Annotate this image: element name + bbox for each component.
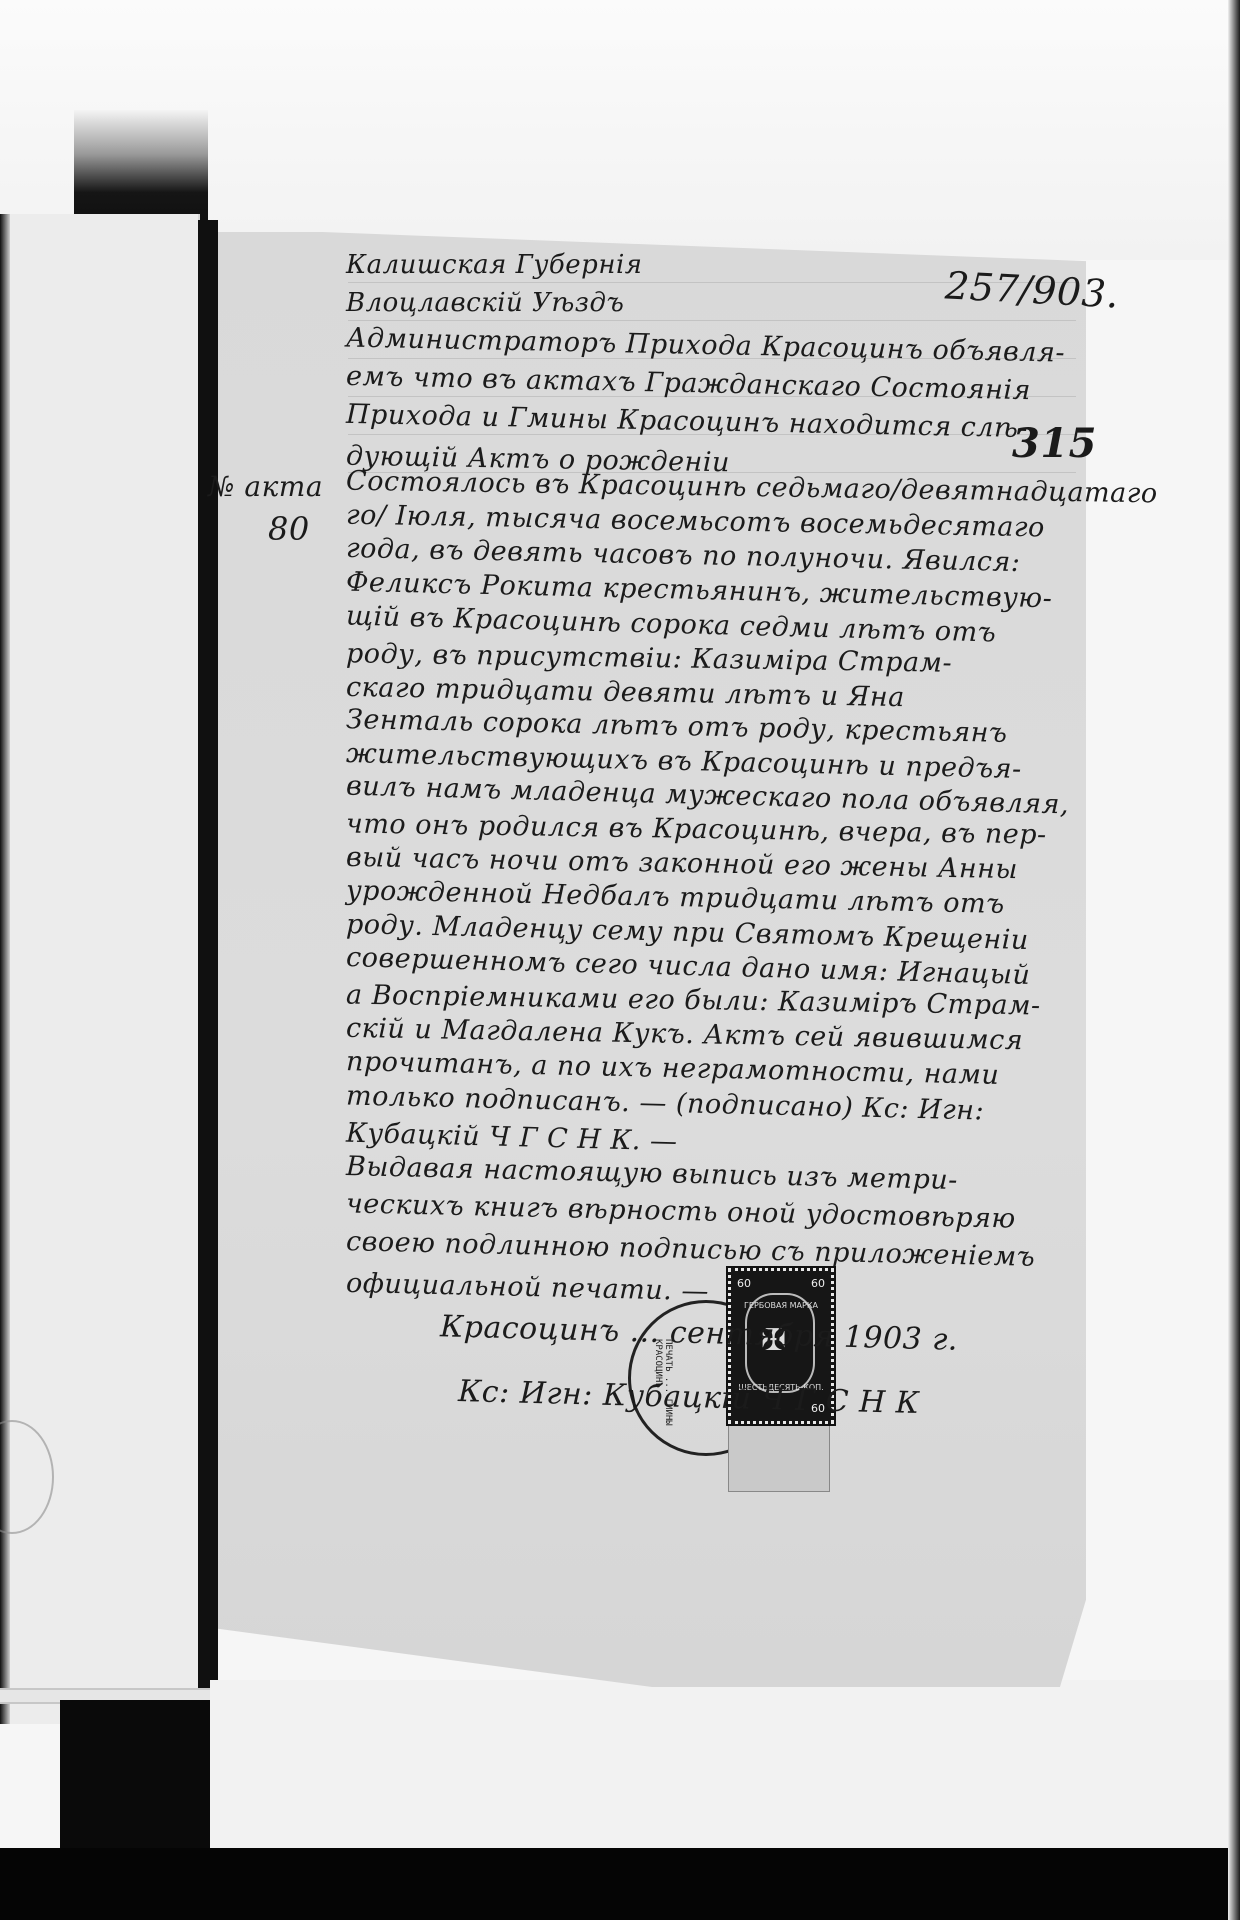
scan-border-bottom — [0, 1848, 1240, 1920]
stamp-denomination: 60 — [811, 1277, 825, 1290]
act-number-label: № акта — [208, 470, 323, 503]
scan-border-right — [1228, 0, 1240, 1920]
reference-number: 257/903. — [944, 263, 1120, 316]
province-header: Калишская Губернія — [346, 250, 642, 280]
stamp-legend: ГЕРБОВАЯ МАРКА — [731, 1301, 831, 1310]
revenue-stamp-tab — [728, 1420, 830, 1492]
stamp-denomination: 60 — [737, 1277, 751, 1290]
underlying-page — [210, 1680, 1240, 1854]
district-header: Влоцлавскій Уѣздъ — [346, 288, 624, 318]
stamp-mark-number: 315 — [1012, 420, 1097, 467]
book-binding-shadow — [74, 110, 208, 220]
ruled-line — [348, 320, 1076, 321]
book-spine — [198, 220, 218, 1690]
act-number: 80 — [268, 510, 310, 548]
